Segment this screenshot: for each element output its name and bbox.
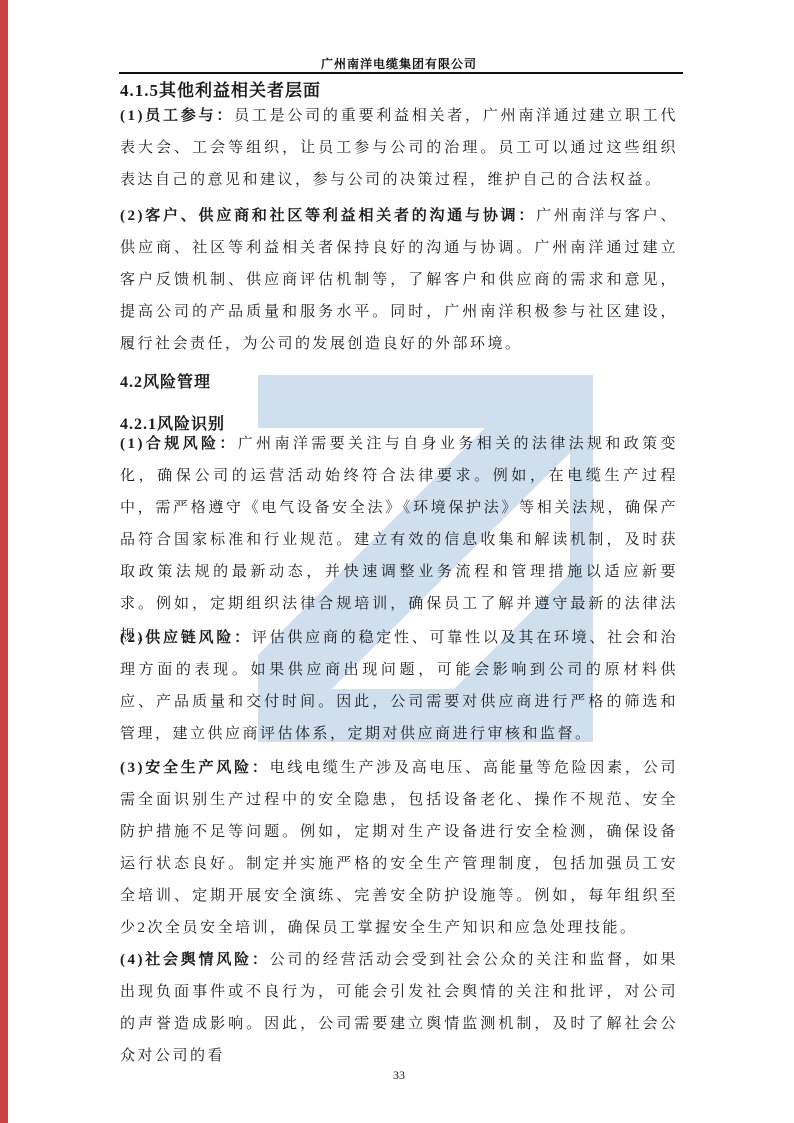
paragraph-label: (2)供应链风险：: [120, 630, 252, 646]
page-number: 33: [120, 1068, 678, 1083]
paragraph-text: 电线电缆生产涉及高电压、高能量等危险因素，公司需全面识别生产过程中的安全隐患，包…: [120, 760, 678, 936]
paragraph-label: (1)合规风险：: [120, 436, 238, 452]
header-company-name: 广州南洋电缆集团有限公司: [120, 55, 678, 72]
header-rule-divider: [119, 72, 683, 74]
paragraph-text: 公司的经营活动会受到社会公众的关注和监督，如果出现负面事件或不良行为，可能会引发…: [120, 952, 678, 1064]
paragraph-label: (3)安全生产风险：: [120, 760, 270, 776]
paragraph-label: (2)客户、供应商和社区等利益相关者的沟通与协调：: [120, 208, 536, 224]
paragraph-label: (4)社会舆情风险：: [120, 952, 270, 968]
paragraph-supply-chain-risk: (2)供应链风险：评估供应商的稳定性、可靠性以及其在环境、社会和治理方面的表现。…: [120, 622, 678, 750]
paragraph-employee-participation: (1)员工参与：员工是公司的重要利益相关者，广州南洋通过建立职工代表大会、工会等…: [120, 100, 678, 196]
paragraph-text: 广州南洋需要关注与自身业务相关的法律法规和政策变化，确保公司的运营活动始终符合法…: [120, 436, 678, 644]
left-edge-red-bar: [0, 0, 8, 1123]
paragraph-text: 广州南洋与客户、供应商、社区等利益相关者保持良好的沟通与协调。广州南洋通过建立客…: [120, 208, 678, 352]
section-title-4-2: 4.2风险管理: [120, 369, 678, 392]
paragraph-public-opinion-risk: (4)社会舆情风险：公司的经营活动会受到社会公众的关注和监督，如果出现负面事件或…: [120, 944, 678, 1072]
paragraph-compliance-risk: (1)合规风险：广州南洋需要关注与自身业务相关的法律法规和政策变化，确保公司的运…: [120, 428, 678, 652]
paragraph-text: 评估供应商的稳定性、可靠性以及其在环境、社会和治理方面的表现。如果供应商出现问题…: [120, 630, 678, 742]
paragraph-label: (1)员工参与：: [120, 108, 234, 124]
section-title-4-1-5: 4.1.5其他利益相关者层面: [120, 76, 678, 101]
paragraph-stakeholder-communication: (2)客户、供应商和社区等利益相关者的沟通与协调：广州南洋与客户、供应商、社区等…: [120, 200, 678, 360]
document-page: 广州南洋电缆集团有限公司 4.1.5其他利益相关者层面 (1)员工参与：员工是公…: [0, 0, 794, 1123]
paragraph-production-safety-risk: (3)安全生产风险：电线电缆生产涉及高电压、高能量等危险因素，公司需全面识别生产…: [120, 752, 678, 944]
